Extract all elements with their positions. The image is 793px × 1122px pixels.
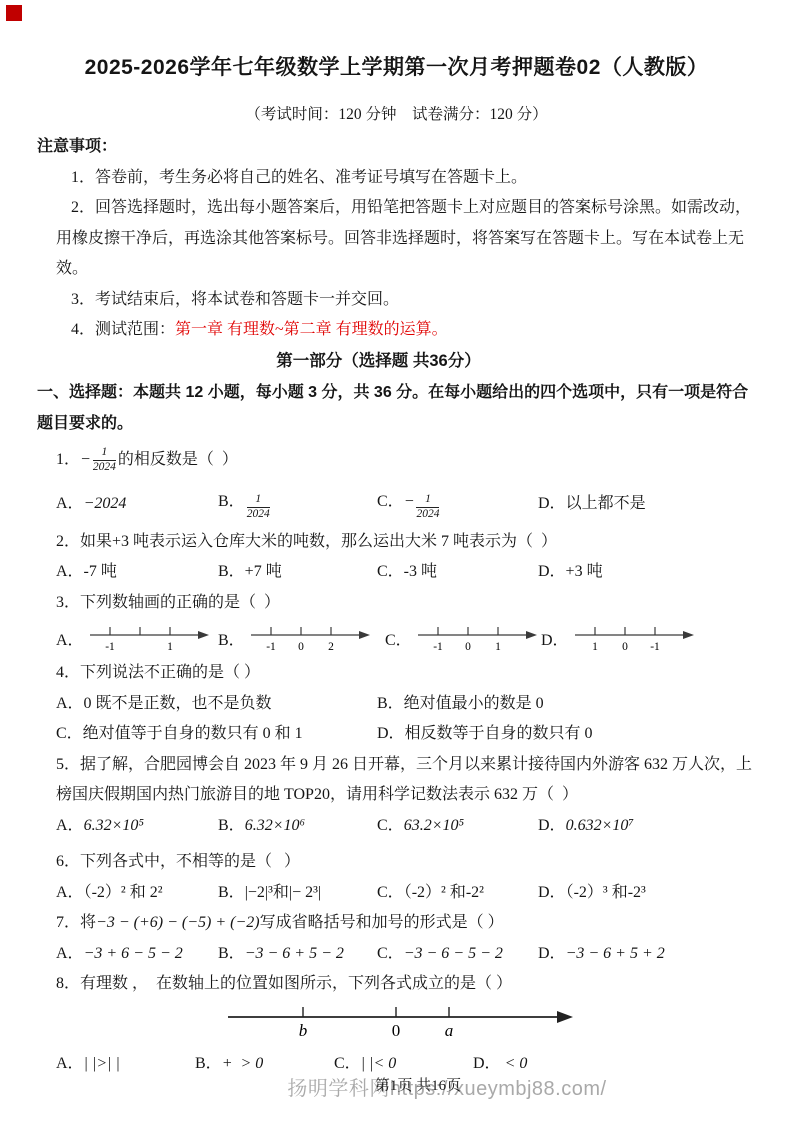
question-4-options-row1: A．0 既不是正数，也不是负数 B．绝对值最小的数是 0 [56,689,757,720]
q4-option-c: C．绝对值等于自身的数只有 0 和 1 [56,719,377,750]
notice-item-4-prefix: 4．测试范围： [71,321,175,338]
exam-time-score-subtitle: （考试时间：120 分钟 试卷满分：120 分） [0,104,793,126]
q3-option-c: C． -1 0 1 [385,621,541,655]
question-1-options: A．−2024 B．12024 C．−12024 D．以上都不是 [56,483,757,527]
q1-option-c: C．−12024 [377,487,538,522]
notice-heading: 注意事项： [37,132,757,163]
q4-option-d: D．相反数等于自身的数只有 0 [377,719,757,750]
q5-option-b: B．6.32×10⁶ [218,811,377,842]
question-2-options: A．-7 吨 B．+7 吨 C．-3 吨 D．+3 吨 [56,557,757,588]
red-corner-marker [6,5,22,21]
svg-text:-1: -1 [650,641,660,653]
q8-axis-label-a: a [445,1021,454,1040]
q1-option-c-fraction: 12024 [416,493,439,522]
q2-option-c: C．-3 吨 [377,557,538,588]
page-title: 2025-2026学年七年级数学上学期第一次月考押题卷02（人教版） [30,52,763,84]
question-6-stem: 6．下列各式中，不相等的是（ ） [56,847,757,878]
page-footer: 扬明学科网https://xueymbj88.com/ 第1页 共16页 [0,1068,793,1102]
q6-option-a: A．（-2）² 和 2² [56,878,218,909]
q7-option-d: D．−3 − 6 + 5 + 2 [538,939,757,970]
notice-item-4-scope: 第一章 有理数~第二章 有理数的运算。 [175,321,448,338]
svg-text:-1: -1 [433,641,443,653]
q3-option-a: A． -1 1 [56,621,218,655]
q6-option-c: C．（-2）² 和-2² [377,878,538,909]
q1-option-b-fraction: 12024 [247,493,270,522]
question-8-stem: 8．有理数 ， 在数轴上的位置如图所示，下列各式成立的是（ ） [56,969,757,1000]
q3-option-d: D． 1 0 -1 [541,621,757,655]
question-3-options: A． -1 1 B． [56,618,757,658]
notice-item-2: 2．回答选择题时，选出每小题答案后，用铅笔把答题卡上对应题目的答案标号涂黑。如需… [56,193,757,285]
q7-option-b: B．−3 − 6 + 5 − 2 [218,939,377,970]
question-6-options: A．（-2）² 和 2² B．|−2|³和|− 2³| C．（-2）² 和-2²… [56,878,757,909]
question-5-options: A．6.32×10⁵ B．6.32×10⁶ C．63.2×10⁵ D．0.632… [56,811,757,842]
q7-expression: −3 − (+6) − (−5) + (−2) [96,914,260,931]
q5-option-c: C．63.2×10⁵ [377,811,538,842]
svg-text:-1: -1 [266,641,276,653]
question-4-stem: 4．下列说法不正确的是（ ） [56,658,757,689]
page-number: 第1页 共16页 [375,1074,461,1095]
svg-text:1: 1 [592,641,598,653]
q7-option-c: C．−3 − 6 − 5 − 2 [377,939,538,970]
question-1-stem: 1．−12024的相反数是（ ） [56,439,757,483]
q4-option-a: A．0 既不是正数，也不是负数 [56,689,377,720]
q2-option-d: D．+3 吨 [538,557,757,588]
q4-option-b: B．绝对值最小的数是 0 [377,689,757,720]
notice-item-3: 3．考试结束后，将本试卷和答题卡一并交回。 [56,285,757,316]
number-line-c: -1 0 1 [416,621,538,655]
q1-minus-sign: − [80,445,91,476]
section1-intro: 一、选择题：本题共 12 小题，每小题 3 分，共 36 分。在每小题给出的四个… [37,377,757,439]
q7-option-a: A．−3 + 6 − 5 − 2 [56,939,218,970]
svg-text:-1: -1 [105,641,115,653]
q1-stem-text: 的相反数是（ ） [118,445,238,476]
q2-option-b: B．+7 吨 [218,557,377,588]
svg-text:1: 1 [167,641,173,653]
question-7-stem: 7．将−3 − (+6) − (−5) + (−2)写成省略括号和加号的形式是（… [56,908,757,939]
exam-paper-page: 2025-2026学年七年级数学上学期第一次月考押题卷02（人教版） （考试时间… [0,0,793,1122]
svg-text:0: 0 [622,641,628,653]
q1-option-b: B．12024 [218,487,377,522]
q1-option-a: A．−2024 [56,489,218,520]
svg-text:1: 1 [495,641,501,653]
question-5-stem: 5．据了解，合肥园博会自 2023 年 9 月 26 日开幕，三个月以来累计接待… [56,750,757,811]
q6-option-d: D．（-2）³ 和-2³ [538,878,757,909]
q8-number-line: b 0 a [228,1004,573,1042]
question-1-number: 1． [56,445,80,476]
question-7-options: A．−3 + 6 − 5 − 2 B．−3 − 6 + 5 − 2 C．−3 −… [56,939,757,970]
part1-heading: 第一部分（选择题 共36分） [0,346,757,377]
number-line-a: -1 1 [88,621,210,655]
q5-option-d: D．0.632×10⁷ [538,811,757,842]
q2-option-a: A．-7 吨 [56,557,218,588]
question-2-stem: 2．如果+3 吨表示运入仓库大米的吨数，那么运出大米 7 吨表示为（ ） [56,527,757,558]
svg-text:2: 2 [328,641,334,653]
svg-text:0: 0 [298,641,304,653]
svg-text:0: 0 [465,641,471,653]
number-line-b: -1 0 2 [249,621,371,655]
q5-option-a: A．6.32×10⁵ [56,811,218,842]
notice-item-1: 1．答卷前，考生务必将自己的姓名、准考证号填写在答题卡上。 [56,163,757,194]
q1-option-d: D．以上都不是 [538,489,757,520]
q3-option-b: B． -1 0 2 [218,621,385,655]
number-line-d: 1 0 -1 [573,621,695,655]
notice-item-4: 4．测试范围：第一章 有理数~第二章 有理数的运算。 [56,315,757,346]
q8-axis-label-0: 0 [392,1021,401,1040]
q6-option-b: B．|−2|³和|− 2³| [218,878,377,909]
question-3-stem: 3．下列数轴画的正确的是（ ） [56,588,757,619]
question-4-options-row2: C．绝对值等于自身的数只有 0 和 1 D．相反数等于自身的数只有 0 [56,719,757,750]
q8-axis-label-b: b [299,1021,308,1040]
q1-fraction: 12024 [93,446,116,475]
